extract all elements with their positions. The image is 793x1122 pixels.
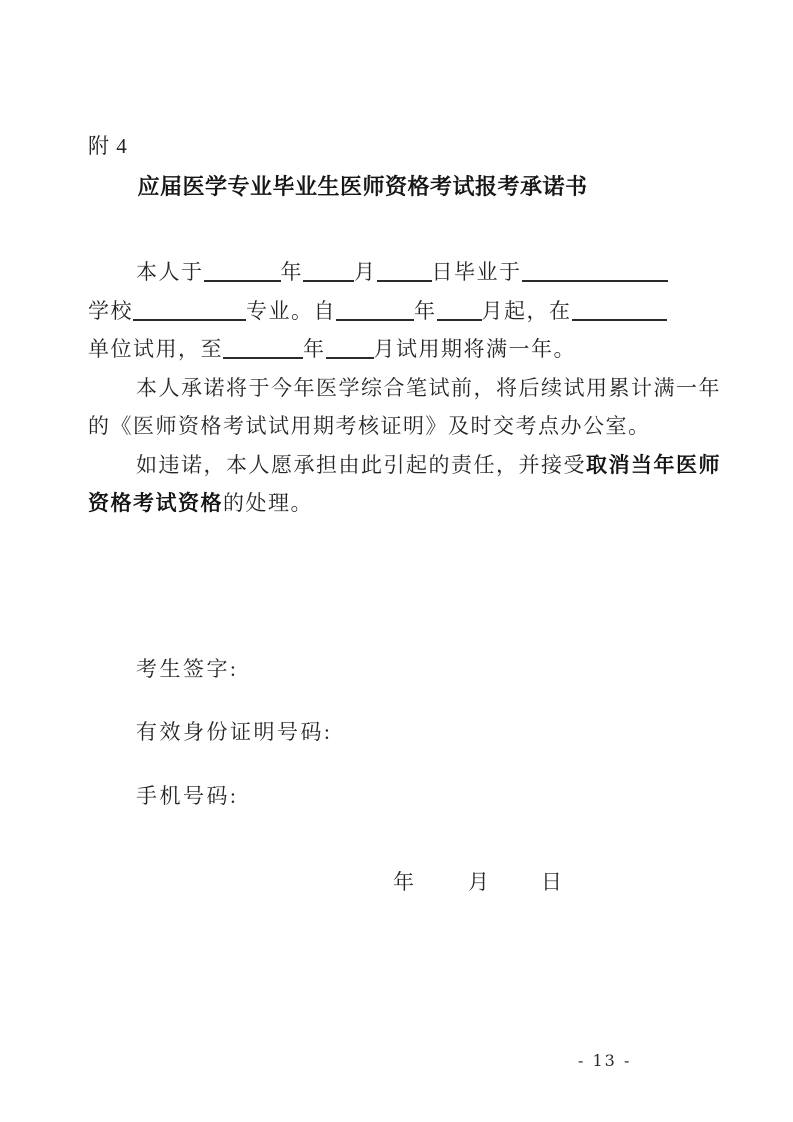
body-text-segment: 的处理。 [223,491,313,515]
fill-in-blank [303,262,354,282]
body-text-segment: 的《医师资格考试试用期考核证明》及时交考点办公室。 [88,414,651,438]
emphasis-text: 取消当年医师 [586,454,721,477]
date-year-label: 年 [393,866,414,896]
body-text-segment: 月 [354,260,377,284]
date-month-label: 月 [468,866,489,896]
id-number-label: 有效身份证明号码: [136,716,332,746]
body-text: 本人于年月日毕业于学校专业。自年月起，在单位试用，至年月试用期将满一年。本人承诺… [88,253,688,523]
candidate-signature-label: 考生签字: [136,653,238,683]
fill-in-blank [133,301,246,321]
document-page: 附 4 应届医学专业毕业生医师资格考试报考承诺书 本人于年月日毕业于学校专业。自… [0,0,793,1122]
body-line: 单位试用，至年月试用期将满一年。 [88,330,688,369]
fill-in-blank [377,262,432,282]
body-text-segment: 本人于 [136,260,204,284]
attachment-label: 附 4 [88,130,128,160]
body-text-segment: 月试用期将满一年。 [374,337,577,361]
fill-in-blank [522,262,668,282]
document-title: 应届医学专业毕业生医师资格考试报考承诺书 [88,170,683,201]
body-line: 如违诺，本人愿承担由此引起的责任，并接受取消当年医师 [88,446,688,485]
phone-number-label: 手机号码: [136,780,238,810]
body-text-segment: 日毕业于 [432,260,522,284]
fill-in-blank [204,262,281,282]
page-number: - 13 - [578,1051,631,1070]
body-line: 本人于年月日毕业于 [88,253,688,292]
body-text-segment: 学校 [88,299,133,323]
body-text-segment: 年 [281,260,304,284]
body-line: 的《医师资格考试试用期考核证明》及时交考点办公室。 [88,407,688,446]
fill-in-blank [326,339,374,359]
fill-in-blank [336,301,414,321]
body-line: 学校专业。自年月起，在 [88,292,688,331]
body-text-segment: 年 [303,337,326,361]
fill-in-blank [437,301,482,321]
body-line: 本人承诺将于今年医学综合笔试前，将后续试用累计满一年 [88,369,688,408]
body-line: 资格考试资格的处理。 [88,484,688,523]
fill-in-blank [223,339,303,359]
date-day-label: 日 [541,866,562,896]
body-text-segment: 年 [414,299,437,323]
body-text-segment: 专业。自 [246,299,336,323]
fill-in-blank [572,301,667,321]
body-text-segment: 月起，在 [482,299,572,323]
body-text-segment: 单位试用，至 [88,337,223,361]
date-line: 年 月 日 [0,866,793,896]
emphasis-text: 资格考试资格 [88,492,223,515]
body-text-segment: 如违诺，本人愿承担由此引起的责任，并接受 [136,453,586,477]
body-text-segment: 本人承诺将于今年医学综合笔试前，将后续试用累计满一年 [136,376,721,400]
